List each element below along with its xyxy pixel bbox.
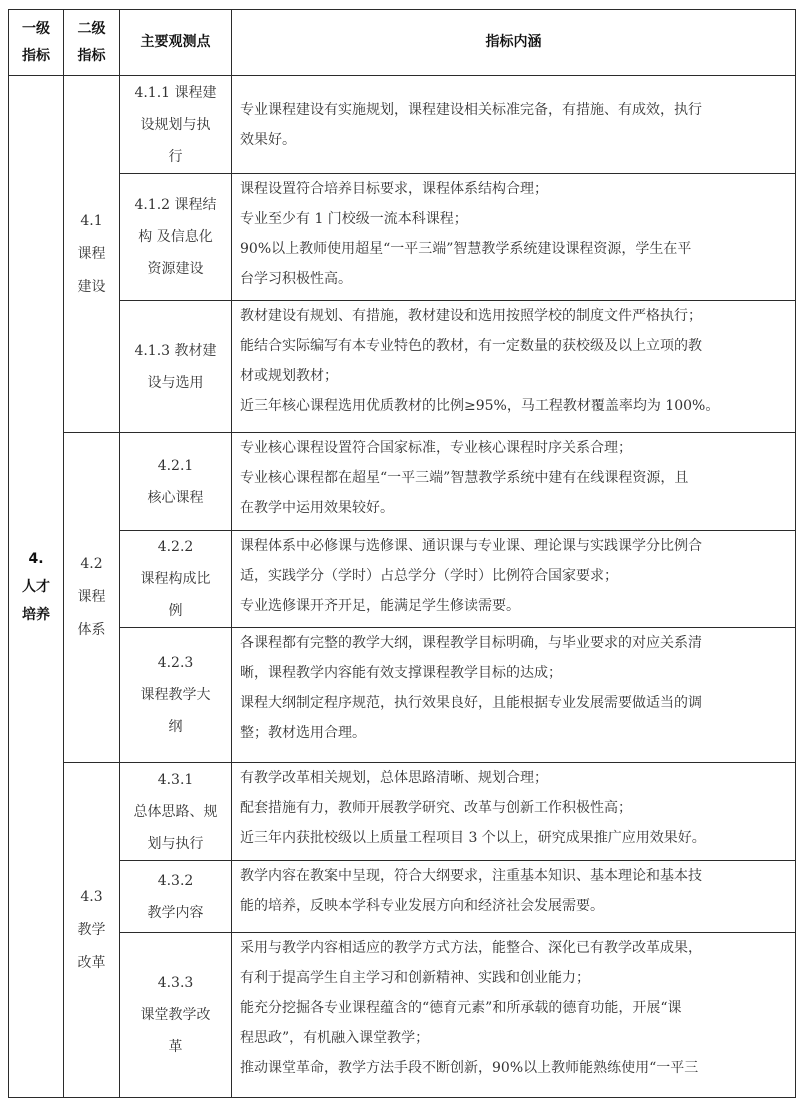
desc-line: 材或规划教材； [240, 361, 787, 391]
level2-code: 4.1 [64, 205, 119, 238]
connotation-4-2-1: 专业核心课程设置符合国家标准，专业核心课程时序关系合理； 专业核心课程都在超星“… [232, 433, 796, 531]
point-label: 4.3.1 [124, 764, 227, 796]
observation-point-4-3-3: 4.3.3 课堂教学改 革 [120, 933, 232, 1098]
header-level2: 二级 指标 [64, 10, 120, 76]
level1-cell: 4. 人才 培养 [9, 76, 64, 1098]
point-label: 核心课程 [124, 482, 227, 514]
connotation-4-1-3: 教材建设有规划、有措施，教材建设和选用按照学校的制度文件严格执行； 能结合实际编… [232, 301, 796, 433]
point-label: 纲 [124, 711, 227, 743]
desc-line: 适，实践学分（学时）占总学分（学时）比例符合国家要求； [240, 561, 787, 591]
level2-name: 课程 [64, 581, 119, 614]
point-label: 4.2.3 [124, 647, 227, 679]
point-label: 4.1.3 教材建 [124, 335, 227, 367]
desc-line: 效果好。 [240, 125, 787, 155]
level2-cell-4-3: 4.3 教学 改革 [64, 763, 120, 1098]
header-observation-point: 主要观测点 [120, 10, 232, 76]
point-label: 构 及信息化 [124, 221, 227, 253]
table-row: 4.2.2 课程构成比 例 课程体系中必修课与选修课、通识课与专业课、理论课与实… [9, 531, 796, 628]
connotation-4-3-2: 教学内容在教案中呈现，符合大纲要求，注重基本知识、基本理论和基本技 能的培养，反… [232, 861, 796, 933]
point-label: 4.3.2 [124, 865, 227, 897]
table-row: 4.2.3 课程教学大 纲 各课程都有完整的教学大纲，课程教学目标明确，与毕业要… [9, 628, 796, 763]
point-label: 教学内容 [124, 897, 227, 929]
level1-name: 培养 [9, 601, 63, 629]
point-label: 4.1.2 课程结 [124, 189, 227, 221]
table-row: 4.3.3 课堂教学改 革 采用与教学内容相适应的教学方式方法，能整合、深化已有… [9, 933, 796, 1098]
connotation-4-1-2: 课程设置符合培养目标要求，课程体系结构合理； 专业至少有 1 门校级一流本科课程… [232, 174, 796, 301]
observation-point-4-1-1: 4.1.1 课程建 设规划与执 行 [120, 76, 232, 174]
point-label: 4.2.2 [124, 531, 227, 563]
desc-line: 专业至少有 1 门校级一流本科课程； [240, 204, 787, 234]
connotation-4-2-3: 各课程都有完整的教学大纲，课程教学目标明确，与毕业要求的对应关系清 晰，课程教学… [232, 628, 796, 763]
desc-line: 90%以上教师使用超星“一平三端”智慧教学系统建设课程资源，学生在平 [240, 234, 787, 264]
level2-code: 4.3 [64, 881, 119, 914]
desc-line: 有教学改革相关规划，总体思路清晰、规划合理； [240, 763, 787, 793]
level2-name: 课程 [64, 238, 119, 271]
connotation-4-1-1: 专业课程建设有实施规划，课程建设相关标准完备，有措施、有成效，执行 效果好。 [232, 76, 796, 174]
point-label: 4.1.1 课程建 [124, 77, 227, 109]
desc-line: 各课程都有完整的教学大纲，课程教学目标明确，与毕业要求的对应关系清 [240, 628, 787, 658]
header-level2-line: 二级 [64, 16, 119, 43]
indicator-table: 一级 指标 二级 指标 主要观测点 指标内涵 4. 人才 培养 4.1 课程 建… [8, 9, 796, 1098]
header-row: 一级 指标 二级 指标 主要观测点 指标内涵 [9, 10, 796, 76]
desc-line: 专业课程建设有实施规划，课程建设相关标准完备，有措施、有成效，执行 [240, 95, 787, 125]
point-label: 课堂教学改 [124, 999, 227, 1031]
point-label: 课程构成比 [124, 563, 227, 595]
desc-line: 程思政”，有机融入课堂教学； [240, 1023, 787, 1053]
level1-name: 人才 [9, 573, 63, 601]
observation-point-4-3-1: 4.3.1 总体思路、规 划与执行 [120, 763, 232, 861]
point-label: 行 [124, 141, 227, 173]
observation-point-4-2-1: 4.2.1 核心课程 [120, 433, 232, 531]
table-row: 4.1.3 教材建 设与选用 教材建设有规划、有措施，教材建设和选用按照学校的制… [9, 301, 796, 433]
point-label: 总体思路、规 [124, 796, 227, 828]
desc-line: 整；教材选用合理。 [240, 718, 787, 748]
desc-line: 近三年内获批校级以上质量工程项目 3 个以上，研究成果推广应用效果好。 [240, 823, 787, 853]
header-connotation: 指标内涵 [232, 10, 796, 76]
table-row: 4.3.2 教学内容 教学内容在教案中呈现，符合大纲要求，注重基本知识、基本理论… [9, 861, 796, 933]
point-label: 设规划与执 [124, 109, 227, 141]
desc-line: 能结合实际编写有本专业特色的教材，有一定数量的获校级及以上立项的教 [240, 331, 787, 361]
desc-line: 配套措施有力，教师开展教学研究、改革与创新工作积极性高； [240, 793, 787, 823]
desc-line: 教材建设有规划、有措施，教材建设和选用按照学校的制度文件严格执行； [240, 301, 787, 331]
desc-line: 台学习积极性高。 [240, 264, 787, 294]
desc-line: 采用与教学内容相适应的教学方式方法，能整合、深化已有教学改革成果， [240, 933, 787, 963]
desc-line: 专业核心课程都在超星“一平三端”智慧教学系统中建有在线课程资源，且 [240, 463, 787, 493]
desc-line: 课程体系中必修课与选修课、通识课与专业课、理论课与实践课学分比例合 [240, 531, 787, 561]
desc-line: 专业核心课程设置符合国家标准，专业核心课程时序关系合理； [240, 433, 787, 463]
observation-point-4-2-3: 4.2.3 课程教学大 纲 [120, 628, 232, 763]
desc-line: 课程设置符合培养目标要求，课程体系结构合理； [240, 174, 787, 204]
point-label: 例 [124, 595, 227, 627]
desc-line: 教学内容在教案中呈现，符合大纲要求，注重基本知识、基本理论和基本技 [240, 861, 787, 891]
point-label: 设与选用 [124, 367, 227, 399]
desc-line: 有利于提高学生自主学习和创新精神、实践和创业能力； [240, 963, 787, 993]
observation-point-4-1-3: 4.1.3 教材建 设与选用 [120, 301, 232, 433]
level1-code: 4. [9, 545, 63, 573]
level2-name: 体系 [64, 614, 119, 647]
header-level1-line: 一级 [9, 16, 63, 43]
desc-line: 专业选修课开齐开足，能满足学生修读需要。 [240, 591, 787, 621]
desc-line: 晰，课程教学内容能有效支撑课程教学目标的达成； [240, 658, 787, 688]
desc-line: 近三年核心课程选用优质教材的比例≥95%，马工程教材覆盖率均为 100%。 [240, 391, 787, 421]
point-label: 课程教学大 [124, 679, 227, 711]
header-level1-line: 指标 [9, 43, 63, 70]
header-level1: 一级 指标 [9, 10, 64, 76]
connotation-4-3-1: 有教学改革相关规划，总体思路清晰、规划合理； 配套措施有力，教师开展教学研究、改… [232, 763, 796, 861]
table-row: 4.1.2 课程结 构 及信息化 资源建设 课程设置符合培养目标要求，课程体系结… [9, 174, 796, 301]
observation-point-4-3-2: 4.3.2 教学内容 [120, 861, 232, 933]
point-label: 划与执行 [124, 828, 227, 860]
desc-line: 推动课堂革命，教学方法手段不断创新，90%以上教师能熟练使用“一平三 [240, 1053, 787, 1083]
connotation-4-2-2: 课程体系中必修课与选修课、通识课与专业课、理论课与实践课学分比例合 适，实践学分… [232, 531, 796, 628]
header-level2-line: 指标 [64, 43, 119, 70]
level2-name: 建设 [64, 271, 119, 304]
table-row: 4. 人才 培养 4.1 课程 建设 4.1.1 课程建 设规划与执 行 专业课… [9, 76, 796, 174]
level2-cell-4-2: 4.2 课程 体系 [64, 433, 120, 763]
level2-name: 教学 [64, 914, 119, 947]
table-row: 4.2 课程 体系 4.2.1 核心课程 专业核心课程设置符合国家标准，专业核心… [9, 433, 796, 531]
point-label: 4.3.3 [124, 967, 227, 999]
observation-point-4-2-2: 4.2.2 课程构成比 例 [120, 531, 232, 628]
desc-line: 能的培养，反映本学科专业发展方向和经济社会发展需要。 [240, 891, 787, 921]
point-label: 4.2.1 [124, 450, 227, 482]
desc-line: 能充分挖掘各专业课程蕴含的“德育元素”和所承载的德育功能，开展“课 [240, 993, 787, 1023]
level2-name: 改革 [64, 947, 119, 980]
level2-cell-4-1: 4.1 课程 建设 [64, 76, 120, 433]
connotation-4-3-3: 采用与教学内容相适应的教学方式方法，能整合、深化已有教学改革成果， 有利于提高学… [232, 933, 796, 1098]
level2-code: 4.2 [64, 548, 119, 581]
desc-line: 在教学中运用效果较好。 [240, 493, 787, 523]
table-row: 4.3 教学 改革 4.3.1 总体思路、规 划与执行 有教学改革相关规划，总体… [9, 763, 796, 861]
observation-point-4-1-2: 4.1.2 课程结 构 及信息化 资源建设 [120, 174, 232, 301]
point-label: 革 [124, 1031, 227, 1063]
desc-line: 课程大纲制定程序规范，执行效果良好，且能根据专业发展需要做适当的调 [240, 688, 787, 718]
point-label: 资源建设 [124, 253, 227, 285]
